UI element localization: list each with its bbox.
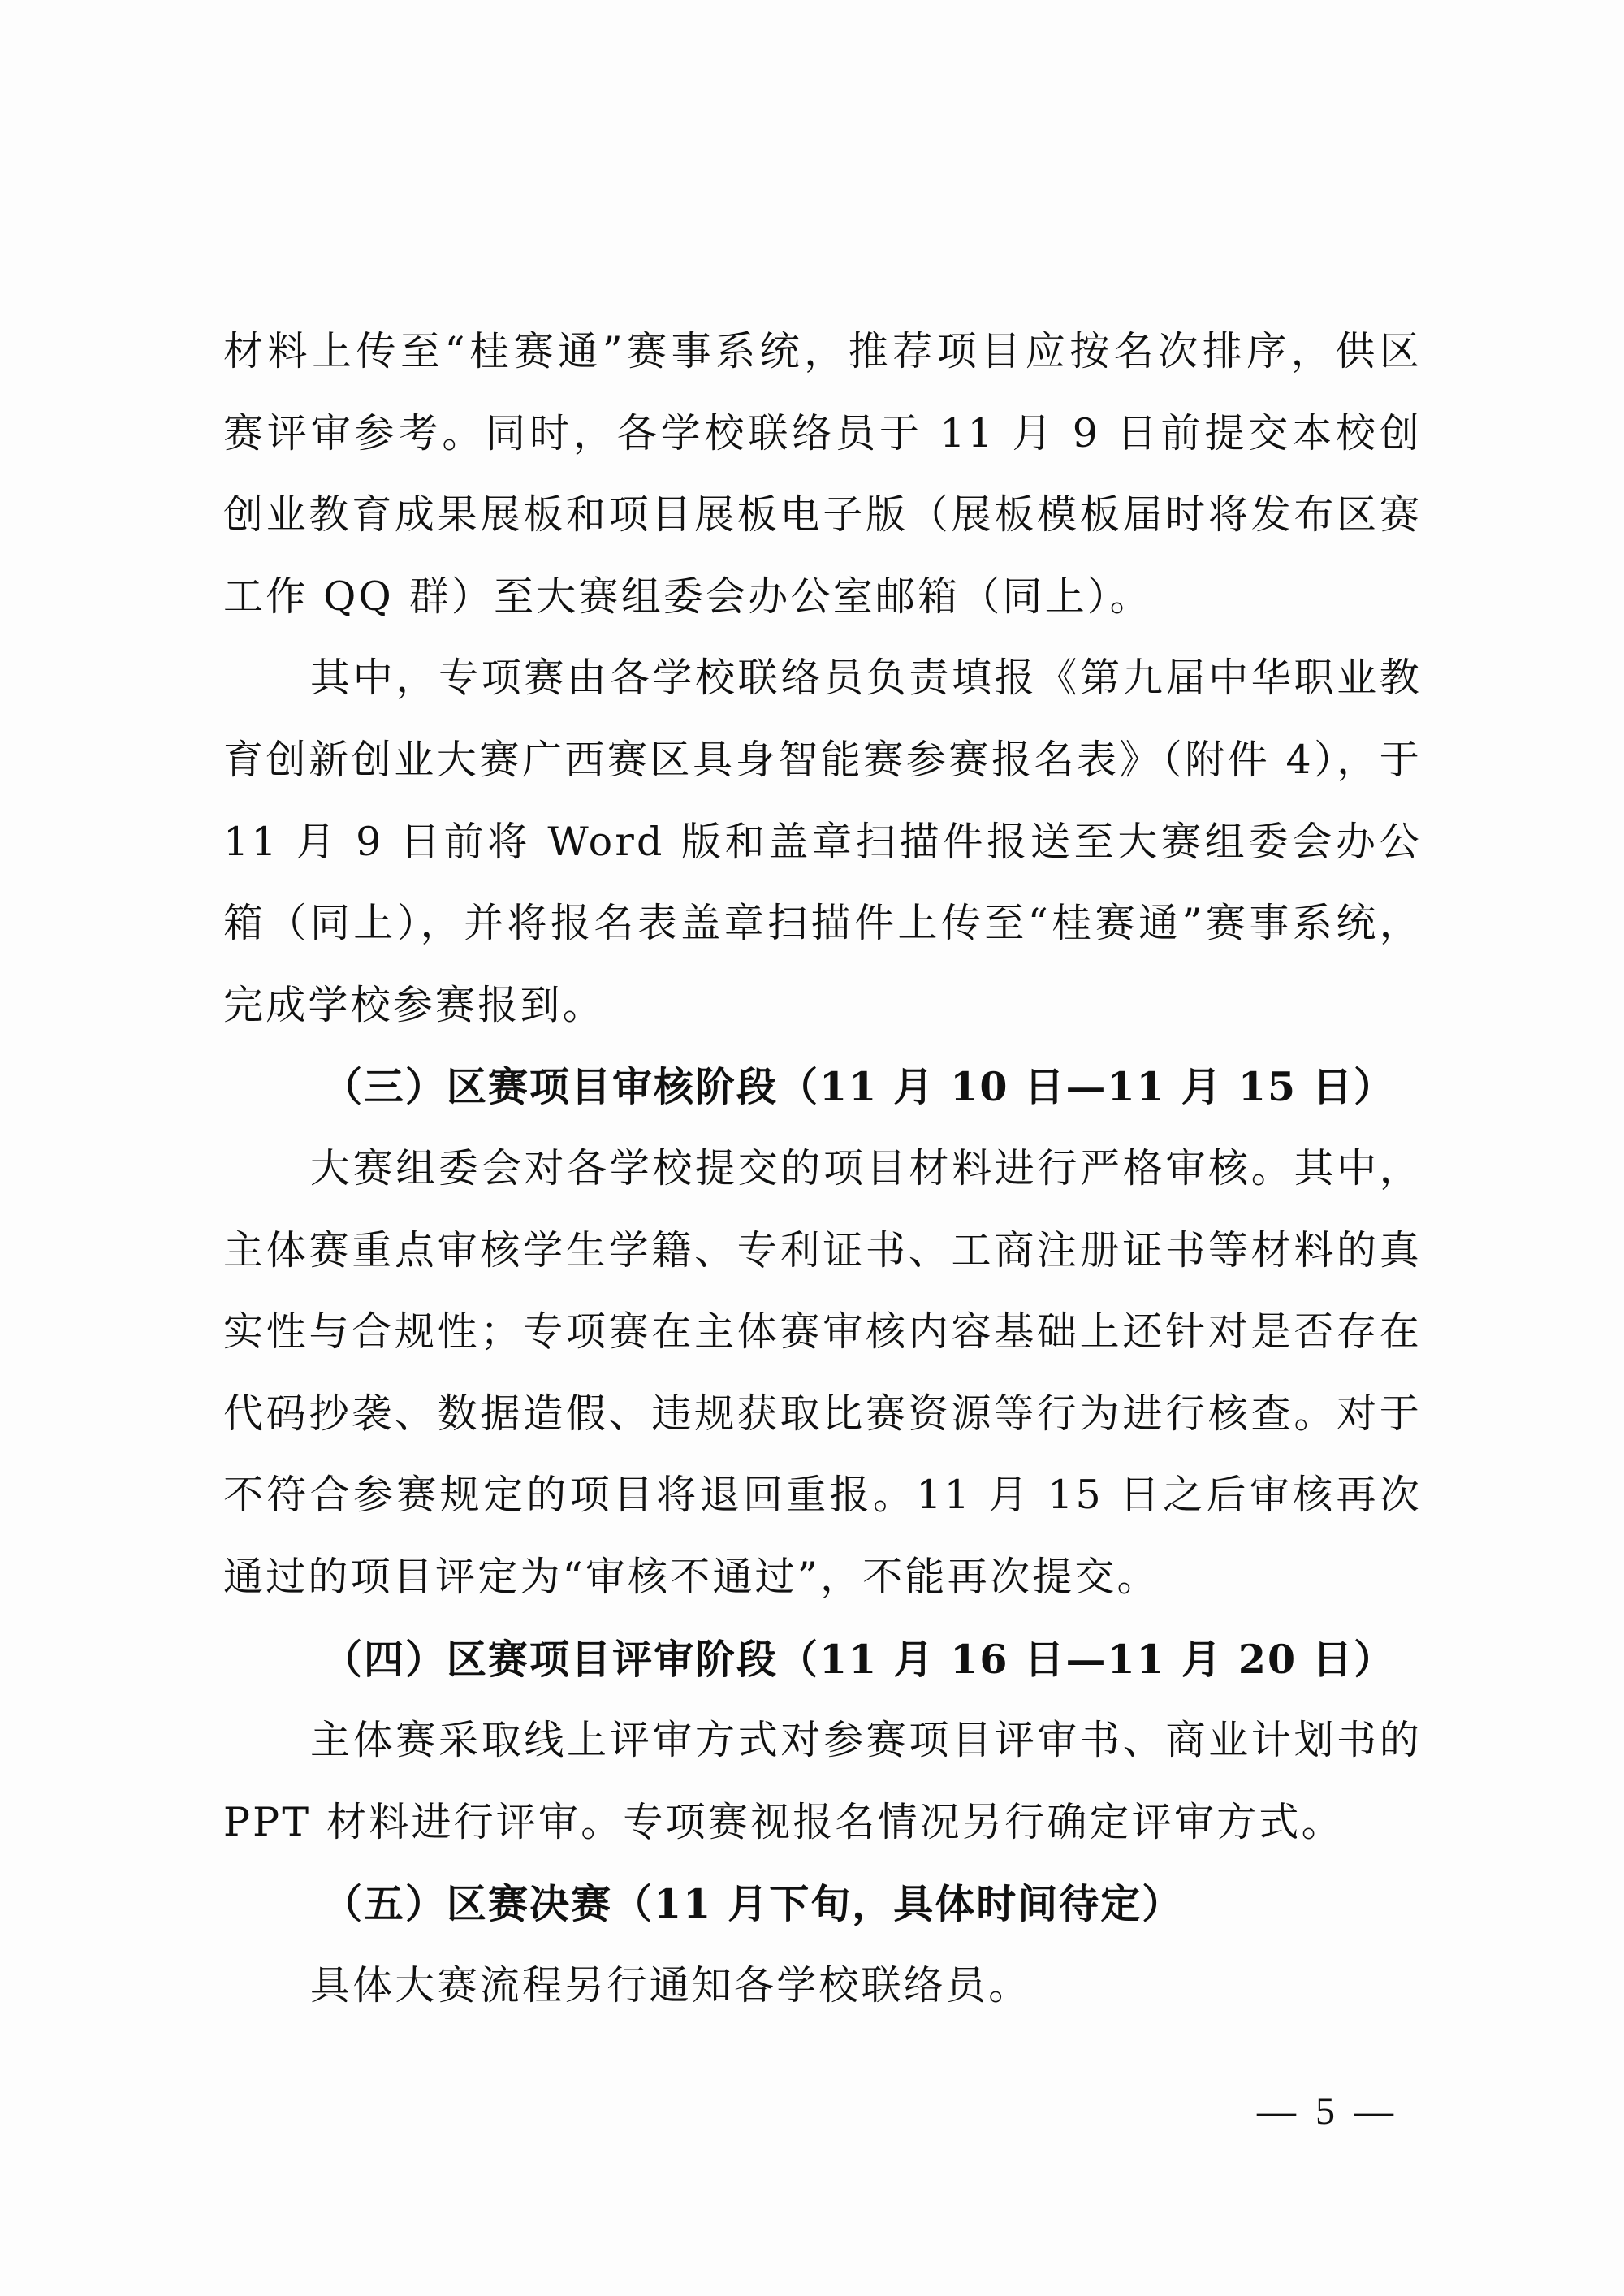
text-line: 11 月 9 日前将 Word 版和盖章扫描件报送至大赛组委会办公室邮 bbox=[223, 802, 1422, 884]
text-line: 不符合参赛规定的项目将退回重报。11 月 15 日之后审核再次不 bbox=[223, 1455, 1422, 1537]
text-line: 箱（同上），并将报名表盖章扫描件上传至“桂赛通”赛事系统， bbox=[223, 883, 1422, 965]
text-line: 主体赛重点审核学生学籍、专利证书、工商注册证书等材料的真 bbox=[223, 1210, 1422, 1292]
text-line: 工作 QQ 群）至大赛组委会办公室邮箱（同上）。 bbox=[223, 556, 1422, 638]
text-line: PPT 材料进行评审。专项赛视报名情况另行确定评审方式。 bbox=[223, 1782, 1422, 1864]
text-line: 通过的项目评定为“审核不通过”，不能再次提交。 bbox=[223, 1537, 1422, 1619]
text-line: 代码抄袭、数据造假、违规获取比赛资源等行为进行核查。对于 bbox=[223, 1373, 1422, 1455]
text-line: 育创新创业大赛广西赛区具身智能赛参赛报名表》（附件 4），于 bbox=[223, 720, 1422, 802]
text-line: 赛评审参考。同时，各学校联络员于 11 月 9 日前提交本校创新 bbox=[223, 393, 1422, 475]
text-line: 材料上传至“桂赛通”赛事系统，推荐项目应按名次排序，供区 bbox=[223, 311, 1422, 393]
document-body: 材料上传至“桂赛通”赛事系统，推荐项目应按名次排序，供区 赛评审参考。同时，各学… bbox=[223, 311, 1422, 2026]
section-heading-4: （四）区赛项目评审阶段（11 月 16 日—11 月 20 日） bbox=[223, 1619, 1422, 1701]
section-heading-5: （五）区赛决赛（11 月下旬，具体时间待定） bbox=[223, 1863, 1422, 1945]
paragraph-first-line: 具体大赛流程另行通知各学校联络员。 bbox=[223, 1945, 1422, 2027]
section-heading-3: （三）区赛项目审核阶段（11 月 10 日—11 月 15 日） bbox=[223, 1046, 1422, 1128]
paragraph-first-line: 大赛组委会对各学校提交的项目材料进行严格审核。其中， bbox=[223, 1128, 1422, 1210]
text-line: 创业教育成果展板和项目展板电子版（展板模板届时将发布区赛 bbox=[223, 474, 1422, 556]
text-line: 完成学校参赛报到。 bbox=[223, 965, 1422, 1047]
paragraph-first-line: 其中，专项赛由各学校联络员负责填报《第九届中华职业教 bbox=[223, 638, 1422, 720]
page-number: — 5 — bbox=[1250, 2087, 1405, 2136]
document-page: 材料上传至“桂赛通”赛事系统，推荐项目应按名次排序，供区 赛评审参考。同时，各学… bbox=[0, 0, 1624, 2296]
paragraph-first-line: 主体赛采取线上评审方式对参赛项目评审书、商业计划书的 bbox=[223, 1700, 1422, 1782]
text-line: 实性与合规性；专项赛在主体赛审核内容基础上还针对是否存在 bbox=[223, 1291, 1422, 1373]
